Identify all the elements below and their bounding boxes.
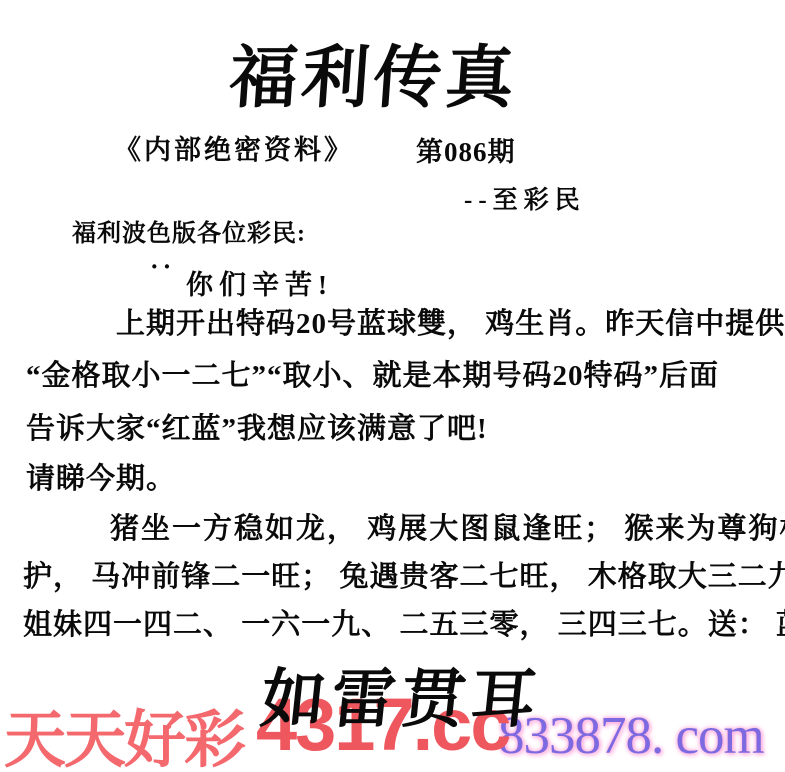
verse-line-2: 护， 马冲前锋二一旺； 兔遇贵客二七旺， 木格取大三二九。: [23, 554, 785, 595]
salutation-line: 福利波色版各位彩民:: [72, 213, 306, 248]
verse-line-1: 猪坐一方稳如龙， 鸡展大图鼠逢旺； 猴来为尊狗相: [110, 506, 785, 547]
letter-line-4: 请睇今期。: [26, 456, 176, 497]
letter-line-2: “金格取小一二七”“取小、就是本期号码20特码”后面: [26, 353, 719, 394]
watermark-site-left: 天天好彩: [4, 690, 244, 772]
dedication-line: --至彩民: [464, 180, 586, 216]
issue-number: 第086期: [416, 130, 516, 169]
letter-line-1: 上期开出特码20号蓝球雙， 鸡生肖。昨天信中提供: [116, 301, 785, 342]
quote-dots: ··: [150, 252, 175, 282]
letter-line-3: 告诉大家“红蓝”我想应该满意了吧!: [26, 406, 488, 447]
footer-calligraphy: 如雷贯耳: [257, 648, 547, 740]
page-title: 福利传真: [227, 24, 522, 121]
greeting-line: 你们辛苦!: [186, 263, 333, 302]
fax-sheet: 福利传真 《内部绝密资料》 第086期 --至彩民 福利波色版各位彩民: ·· …: [0, 0, 785, 772]
verse-line-3: 姐妹四一四二、 一六一九、 二五三零， 三四三七。送： 蓝绿: [23, 602, 785, 643]
source-label: 《内部绝密资料》: [114, 128, 354, 167]
